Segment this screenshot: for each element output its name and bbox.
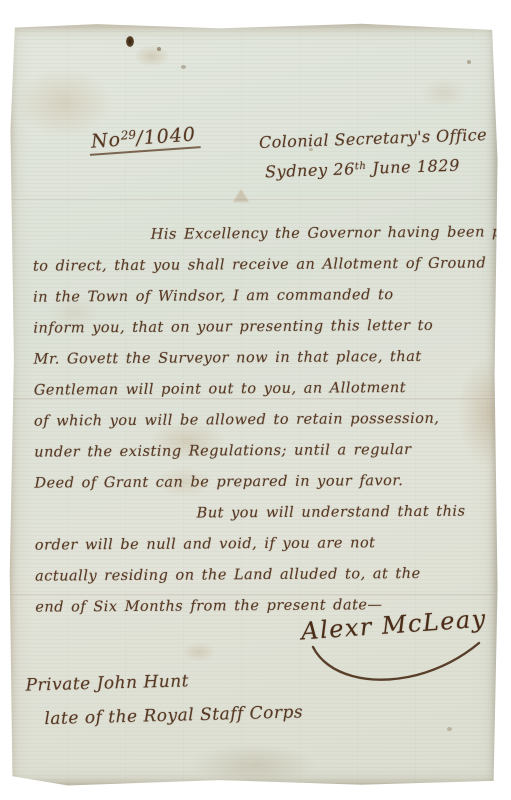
stain-speck: [157, 47, 161, 51]
office-name: Colonial Secretary's Office: [259, 125, 487, 152]
body-line: actually residing on the Land alluded to…: [35, 558, 500, 592]
body-line: Deed of Grant can be prepared in your fa…: [34, 465, 499, 499]
body-line: under the existing Regulations; until a …: [34, 434, 499, 468]
reference-digits: 1040: [143, 123, 197, 149]
scanned-letter-view: No29/1040 Colonial Secretary's Office Sy…: [0, 0, 511, 800]
dateline-ordinal: th: [355, 161, 367, 172]
reference-prefix: No: [90, 129, 122, 153]
signature-flourish: [309, 641, 484, 689]
reference-number: No29/1040: [88, 123, 201, 156]
body-line: of which you will be allowed to retain p…: [34, 403, 499, 437]
pencil-triangle-mark: [233, 189, 249, 202]
stain-speck: [467, 60, 471, 64]
body-line: Gentleman will point out to you, an Allo…: [34, 372, 499, 406]
ink-spot: [126, 36, 134, 47]
stain-speck: [447, 727, 452, 731]
body-line: His Excellency the Governor having been …: [33, 217, 498, 251]
body-line: But you will understand that this: [35, 496, 500, 530]
letter-body: His Excellency the Governor having been …: [33, 217, 501, 623]
reference-year: 29: [120, 128, 136, 143]
addressee-block: Private John Hunt late of the Royal Staf…: [25, 661, 303, 736]
dateline-rest: June 1829: [366, 156, 460, 178]
body-line: Mr. Govett the Surveyor now in that plac…: [33, 341, 498, 375]
body-line: order will be null and void, if you are …: [35, 527, 500, 561]
body-line: inform you, that on your presenting this…: [33, 310, 498, 344]
dateline-day: Sydney 26: [265, 159, 356, 181]
addressee-title: late of the Royal Staff Corps: [26, 695, 304, 736]
body-line: to direct, that you shall receive an All…: [33, 248, 498, 282]
stain-speck: [181, 65, 186, 69]
body-line: in the Town of Windsor, I am commanded t…: [33, 279, 498, 313]
dateline: Sydney 26th June 1829: [265, 156, 461, 182]
paper-sheet: No29/1040 Colonial Secretary's Office Sy…: [9, 23, 499, 787]
fold-crease: [9, 198, 499, 201]
